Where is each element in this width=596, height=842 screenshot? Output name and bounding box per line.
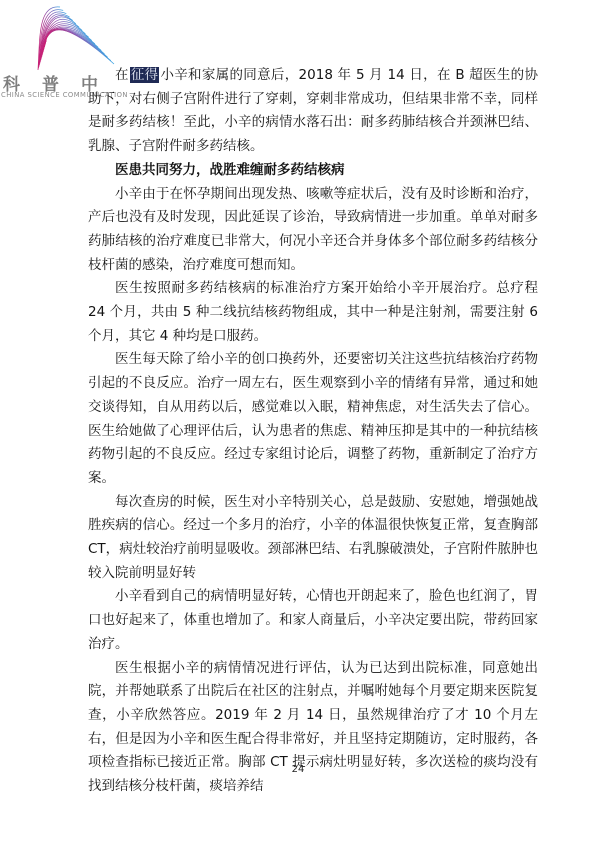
page-number: 24	[0, 764, 596, 775]
paragraph-4: 医生每天除了给小辛的创口换药外，还要密切关注这些抗结核治疗药物引起的不良反应。治…	[88, 348, 538, 490]
section-heading: 医患共同努力，战胜难缠耐多药结核病	[88, 159, 538, 183]
document-body: 在征得小辛和家属的同意后，2018 年 5 月 14 日，在 B 超医生的协助下…	[88, 64, 538, 799]
paragraph-3: 医生按照耐多药结核病的标准治疗方案开始给小辛开展治疗。总疗程 24 个月，共由 …	[88, 277, 538, 348]
document-page: 科普中 CHINA SCIENCE COMMUNICATION 在征得小辛和家属…	[0, 0, 596, 842]
paragraph-5: 每次查房的时候，医生对小辛特别关心，总是鼓励、安慰她，增强她战胜疾病的信心。经过…	[88, 491, 538, 586]
paragraph-7: 医生根据小辛的病情情况进行评估，认为已达到出院标准，同意她出院，并帮她联系了出院…	[88, 657, 538, 799]
logo-guo-square: 征得	[130, 67, 160, 83]
paragraph-2: 小辛由于在怀孕期间出现发热、咳嗽等症状后，没有及时诊断和治疗，产后也没有及时发现…	[88, 183, 538, 278]
paragraph-1-pre: 在	[115, 67, 129, 83]
paragraph-6: 小辛看到自己的病情明显好转，心情也开朗起来了，脸色也红润了，胃口也好起来了，体重…	[88, 585, 538, 656]
paragraph-1: 在征得小辛和家属的同意后，2018 年 5 月 14 日，在 B 超医生的协助下…	[88, 64, 538, 159]
